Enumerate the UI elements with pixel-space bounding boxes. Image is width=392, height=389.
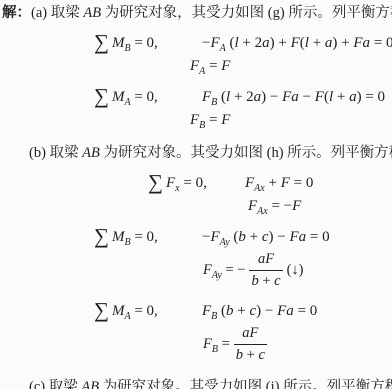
fraction: aFb + c — [234, 324, 267, 365]
equation-expression: FB (b + c) − Fa = 0 — [202, 302, 317, 322]
equation-expression: FAx + F = 0 — [245, 174, 313, 194]
summation-icon: ∑ — [148, 172, 163, 193]
fraction-lhs: FB = — [203, 335, 230, 354]
equilibrium-sum-term: ∑MA = 0, — [94, 300, 202, 322]
equilibrium-sum-term: ∑MA = 0, — [94, 86, 202, 108]
solution-heading-c: (c) 取梁 AB 为研究对象。其受力如图 (i) 所示。列平衡方程 — [29, 378, 392, 389]
document-body: 解：(a) 取梁 AB 为研究对象，其受力如图 (g) 所示。列平衡方程∑MB … — [0, 4, 392, 389]
eq-moment-a-part-a: ∑MA = 0,FB (l + 2a) − Fa − F(l + a) = 0 — [0, 86, 392, 108]
direction-annotation: (↓) — [287, 261, 304, 280]
fraction-numerator: aF — [249, 250, 282, 271]
summation-icon: ∑ — [94, 300, 109, 321]
summation-icon: ∑ — [94, 226, 109, 247]
fraction-denominator: b + c — [249, 271, 282, 291]
equilibrium-sum-term: ∑Fx = 0, — [148, 172, 245, 194]
fraction-lhs: FAy = − — [203, 261, 245, 280]
summation-icon: ∑ — [94, 86, 109, 107]
eq-moment-b-part-b: ∑MB = 0,−FAy (b + c) − Fa = 0 — [0, 226, 392, 248]
solution-heading-b: (b) 取梁 AB 为研究对象。其受力如图 (h) 所示。列平衡方程 — [29, 144, 392, 163]
result-fax: FAx = −F — [248, 197, 392, 217]
fraction-numerator: aF — [234, 324, 267, 345]
summation-icon: ∑ — [94, 32, 109, 53]
result-fa: FA = F — [190, 57, 392, 77]
equation-expression: −FAy (b + c) − Fa = 0 — [202, 228, 330, 248]
eq-moment-b-part-a: ∑MB = 0,−FA (l + 2a) + F(l + a) + Fa = 0 — [0, 32, 392, 54]
solution-heading-a: 解：(a) 取梁 AB 为研究对象，其受力如图 (g) 所示。列平衡方程 — [2, 4, 392, 23]
result-fay-fraction: FAy = −aFb + c(↓) — [0, 250, 392, 291]
eq-moment-a-part-b: ∑MA = 0,FB (b + c) − Fa = 0 — [0, 300, 392, 322]
equation-expression: −FA (l + 2a) + F(l + a) + Fa = 0 — [202, 34, 392, 54]
result-fb-fraction: FB = aFb + c — [0, 324, 392, 365]
equation-expression: FB (l + 2a) − Fa − F(l + a) = 0 — [202, 88, 385, 108]
equilibrium-sum-term: ∑MB = 0, — [94, 226, 202, 248]
document-page: 解：(a) 取梁 AB 为研究对象，其受力如图 (g) 所示。列平衡方程∑MB … — [0, 0, 392, 389]
fraction-denominator: b + c — [234, 345, 267, 365]
eq-force-x-part-b: ∑Fx = 0,FAx + F = 0 — [0, 172, 392, 194]
fraction: aFb + c — [249, 250, 282, 291]
result-fb-part-a: FB = F — [190, 111, 392, 131]
equilibrium-sum-term: ∑MB = 0, — [94, 32, 202, 54]
